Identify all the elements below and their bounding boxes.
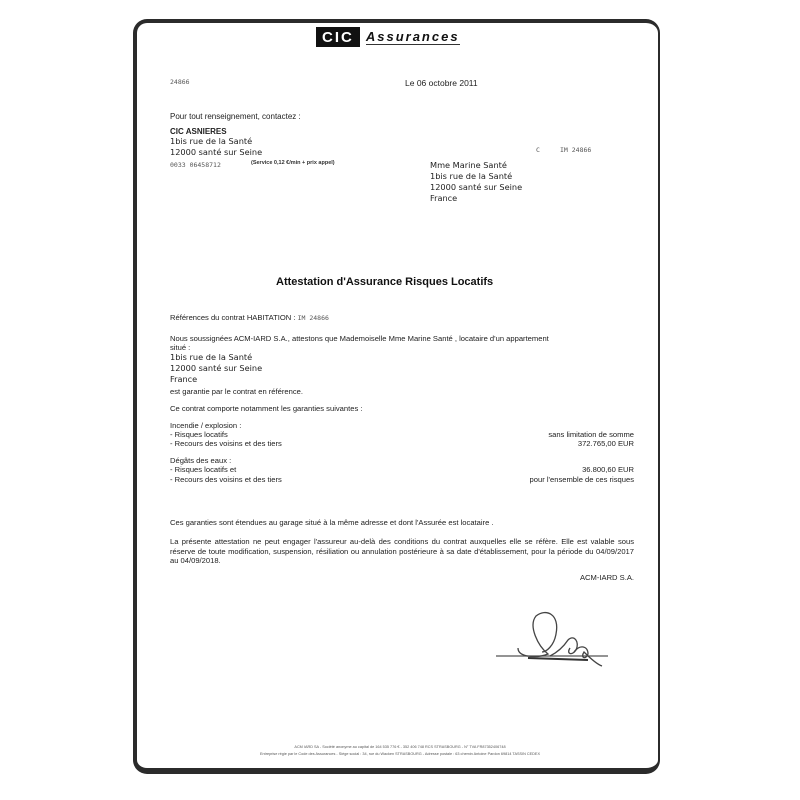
agency-address-line1: 1bis rue de la Santé (170, 136, 252, 148)
contact-intro: Pour tout renseignement, contactez : (170, 112, 301, 121)
agency-name: CIC ASNIERES (170, 127, 227, 136)
contract-reference: Références du contrat HABITATION : IM 24… (170, 313, 329, 324)
contract-ref-label: Références du contrat HABITATION : (170, 313, 295, 322)
guarantee-item-label: - Risques locatifs et (170, 465, 236, 475)
recipient-address-line2: 12000 santé sur Seine (430, 182, 522, 194)
signature-icon (488, 606, 618, 676)
document-date: Le 06 octobre 2011 (405, 78, 478, 88)
contract-ref-value: IM 24866 (298, 314, 329, 322)
statement-line1: Nous soussignées ACM-IARD S.A., atteston… (170, 334, 549, 344)
logo-product: Assurances (366, 29, 460, 45)
agency-address-line2: 12000 santé sur Seine (170, 147, 262, 159)
recipient-ref-code: IM 24866 (560, 146, 591, 154)
guarantee-item-value: 372.765,00 EUR (578, 439, 634, 449)
guarantee-item-value: pour l'ensemble de ces risques (530, 475, 634, 485)
guarantees-intro: Ce contrat comporte notamment les garant… (170, 404, 362, 414)
guarantee-item-label: - Recours des voisins et des tiers (170, 439, 282, 449)
footer-line2: Entreprise régie par le Code des Assuran… (150, 751, 650, 757)
validity-note: La présente attestation ne peut engager … (170, 537, 634, 566)
guarantee-item-label: - Recours des voisins et des tiers (170, 475, 282, 485)
recipient-name: Mme Marine Santé (430, 160, 507, 172)
recipient-country: France (430, 193, 457, 205)
header-ref-code: 24866 (170, 78, 190, 86)
recipient-address-line1: 1bis rue de la Santé (430, 171, 512, 183)
guarantee-statement: est garantie par le contrat en référence… (170, 387, 303, 397)
footer-line1: ACM IARD SA - Société anonyme au capital… (150, 744, 650, 750)
agency-phone: 0033 06458712 (170, 161, 221, 169)
phone-note: (Service 0,12 €/min + prix appel) (251, 160, 335, 166)
property-address-line1: 1bis rue de la Santé (170, 352, 252, 364)
signatory: ACM-IARD S.A. (580, 573, 634, 583)
property-address-line2: 12000 santé sur Seine (170, 363, 262, 375)
cic-assurances-logo: CIC Assurances (316, 27, 460, 47)
document-title: Attestation d'Assurance Risques Locatifs (276, 276, 493, 288)
garage-note: Ces garanties sont étendues au garage si… (170, 518, 494, 528)
recipient-ref-prefix: C (536, 146, 540, 154)
logo-brand: CIC (316, 27, 360, 47)
guarantee-item-value: 36.800,60 EUR (582, 465, 634, 475)
property-country: France (170, 374, 197, 386)
